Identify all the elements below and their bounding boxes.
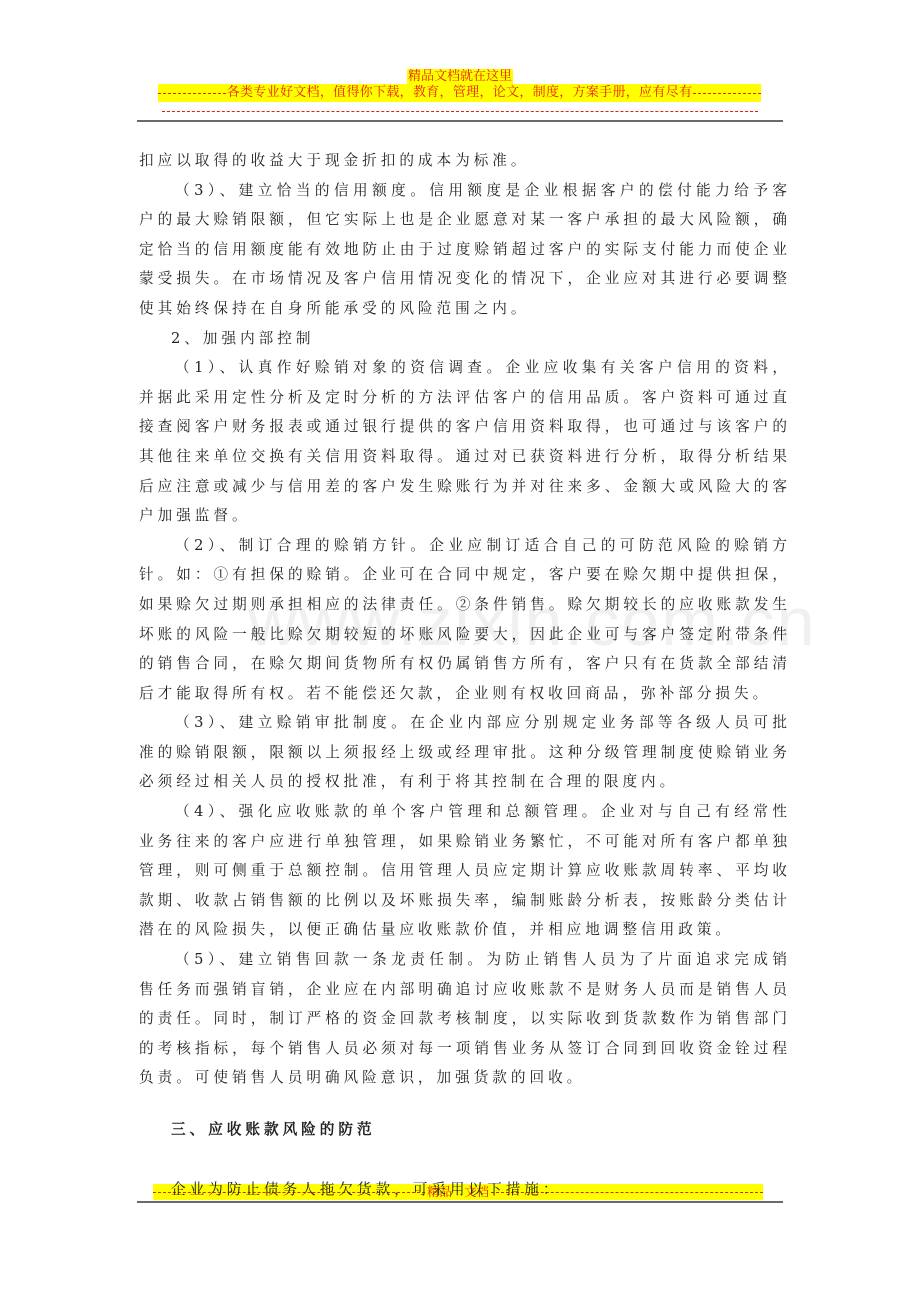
paragraph: 扣应以取得的收益大于现金折扣的成本为标准。 — [139, 146, 791, 176]
header-title-text: 精品文档就在这里 — [407, 69, 513, 84]
header-rule — [137, 120, 783, 122]
paragraph: （2）、制订合理的赊销方针。企业应制订适合自己的可防范风险的赊销方针。如：①有担… — [139, 531, 791, 709]
header-title: 精品文档就在这里 — [0, 65, 920, 85]
paragraph: 企业为防止债务人拖欠货款，可采用以下措施： — [139, 1175, 791, 1205]
dashed-line-right — [693, 93, 761, 94]
paragraph: （3）、建立恰当的信用额度。信用额度是企业根据客户的偿付能力给予客户的最大赊销限… — [139, 176, 791, 324]
paragraph: （4）、强化应收账款的单个客户管理和总额管理。企业对与自己有经常性业务往来的客户… — [139, 797, 791, 945]
paragraph: （1）、认真作好赊销对象的资信调查。企业应收集有关客户信用的资料，并据此采用定性… — [139, 353, 791, 531]
dashed-line-left — [158, 93, 226, 94]
section-heading: 三、应收账款风险的防范 — [139, 1115, 791, 1145]
paragraph: （3）、建立赊销审批制度。在企业内部应分别规定业务部等各级人员可批准的赊销限额，… — [139, 708, 791, 797]
header-banner-text: 各类专业好文档，值得你下载，教育，管理，论文，制度，方案手册，应有尽有 — [226, 84, 694, 102]
subheading: 2、加强内部控制 — [139, 324, 791, 354]
paragraph: （5）、建立销售回款一条龙责任制。为防止销售人员为了片面追求完成销售任务而强销盲… — [139, 945, 791, 1093]
document-body: 扣应以取得的收益大于现金折扣的成本为标准。 （3）、建立恰当的信用额度。信用额度… — [139, 146, 791, 1204]
header-dashed-divider — [162, 111, 758, 112]
header-banner: 各类专业好文档，值得你下载，教育，管理，论文，制度，方案手册，应有尽有 — [158, 84, 761, 102]
